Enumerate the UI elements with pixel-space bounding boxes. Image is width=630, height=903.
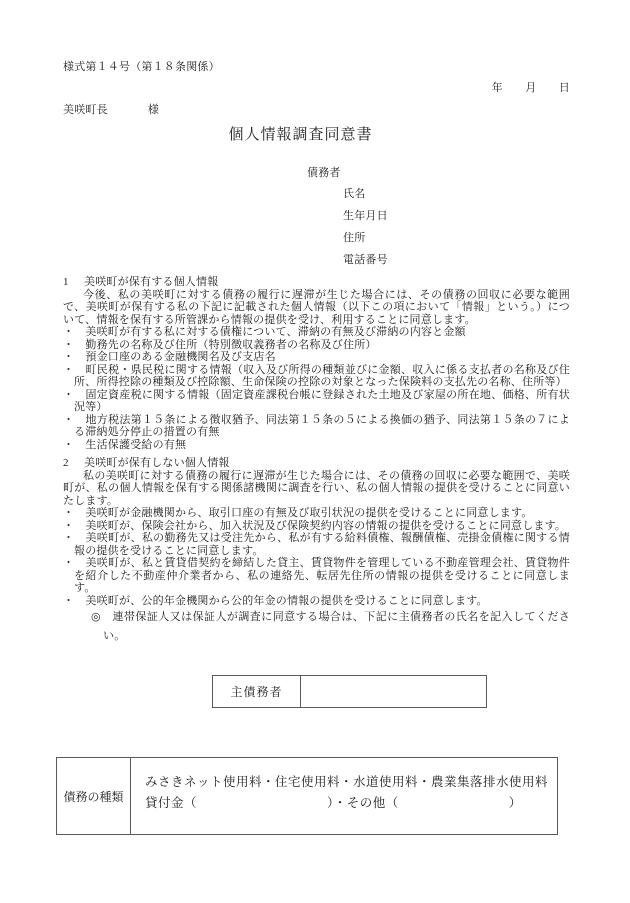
- debtor-field-phone: 電話番号: [343, 249, 570, 271]
- consent-form-document: { "page": { "form_number": "様式第１４号（第１８条関…: [0, 0, 630, 903]
- debtor-fields: 氏名 生年月日 住所 電話番号: [343, 183, 570, 271]
- section-2-bullet: ・ 美咲町が、保険会社から、加入状況及び保険契約内容の情報の提供を受けることに同…: [63, 520, 570, 533]
- form-number-line: 様式第１４号（第１８条関係）: [63, 61, 570, 74]
- section-1-bullet: ・ 固定資産税に関する情報（固定資産課税台帳に登録された土地及び家屋の所在地、価…: [63, 389, 570, 414]
- debtor-field-name: 氏名: [343, 183, 570, 205]
- section-2-paragraph: 私の美咲町に対する債務の履行に遅滞が生じた場合には、その債務の回収に必要な範囲で…: [63, 470, 570, 508]
- main-debtor-table: 主債務者: [212, 675, 487, 708]
- section-1-heading: 1美咲町が保有する個人情報: [63, 276, 570, 289]
- loan-blank-space: [197, 806, 327, 807]
- main-debtor-value-cell: [301, 676, 486, 707]
- document-body: 様式第１４号（第１８条関係） 年 月 日 美咲町長様 個人情報調査同意書 債務者…: [63, 0, 570, 646]
- section-2-bullet: ・ 美咲町が、私と賃貸借契約を締結した貸主、賃貸物件を管理している不動産管理会社…: [63, 557, 570, 595]
- section-1-paragraph: 今後、私の美咲町に対する債務の履行に遅滞が生じた場合には、その債務の回収に必要な…: [63, 289, 570, 327]
- section-1-bullet: ・ 地方税法第１５条による徴収猶予、同法第１５条の５による換価の猶予、同法第１５…: [63, 414, 570, 439]
- debtor-field-birthdate: 生年月日: [343, 205, 570, 227]
- debt-type-table: 債務の種類 みさきネット使用料・住宅使用料・水道使用料・農業集落排水使用料 貸付…: [56, 757, 558, 835]
- debtor-label: 債務者: [307, 167, 570, 180]
- section-1-number: 1: [63, 276, 84, 289]
- section-2-bullet: ・ 美咲町が、私の勤務先又は受注先から、私が有する給料債権、報酬債権、売掛金債権…: [63, 532, 570, 557]
- debt-type-fill-line: 貸付金（）・その他（）: [145, 793, 551, 814]
- debtor-field-address: 住所: [343, 227, 570, 249]
- addressee-name: 美咲町長: [63, 104, 108, 116]
- section-2-bullet: ・ 美咲町が、公的年金機関から公的年金の情報の提供を受けることに同意します。: [63, 595, 570, 608]
- section-1-bullet: ・ 預金口座のある金融機関名及び支店名: [63, 351, 570, 364]
- main-debtor-label-cell: 主債務者: [213, 676, 301, 707]
- debt-type-content-cell: みさきネット使用料・住宅使用料・水道使用料・農業集落排水使用料 貸付金（）・その…: [131, 758, 557, 834]
- loan-open-label: 貸付金（: [145, 796, 197, 810]
- debtor-block: 債務者 氏名 生年月日 住所 電話番号: [307, 167, 570, 272]
- document-title: 個人情報調査同意書: [63, 125, 570, 145]
- debt-type-options-line: みさきネット使用料・住宅使用料・水道使用料・農業集落排水使用料: [145, 772, 551, 793]
- section-2-bullet: ・ 美咲町が金融機関から、取引口座の有無及び取引状況の提供を受けることに同意しま…: [63, 507, 570, 520]
- section-1-bullet: ・ 生活保護受給の有無: [63, 439, 570, 452]
- section-1-bullet: ・ 美咲町が有する私に対する債権について、滞納の有無及び滞納の内容と金額: [63, 326, 570, 339]
- section-1-bullet: ・ 勤務先の名称及び住所（特別徴収義務者の名称及び住所）: [63, 339, 570, 352]
- other-blank-space: [399, 806, 509, 807]
- section-2-title: 美咲町が保有しない個人情報: [84, 457, 230, 469]
- section-2-heading: 2美咲町が保有しない個人情報: [63, 457, 570, 470]
- debt-type-label-cell: 債務の種類: [57, 758, 131, 834]
- section-1-bullet: ・ 町民税・県民税に関する情報（収入及び所得の種類並びに金額、収入に係る支払者の…: [63, 364, 570, 389]
- addressee-honorific: 様: [148, 104, 159, 116]
- close-paren-label: ）: [509, 796, 522, 810]
- guarantor-note: ◎ 連帯保証人又は保証人が調査に同意する場合は、下記に主債務者の氏名を記入してく…: [103, 608, 570, 646]
- date-line: 年 月 日: [63, 82, 570, 95]
- section-1-title: 美咲町が保有する個人情報: [84, 276, 218, 288]
- section-2-number: 2: [63, 457, 84, 470]
- addressee-line: 美咲町長様: [63, 104, 570, 117]
- other-open-label: ）・その他（: [327, 796, 399, 810]
